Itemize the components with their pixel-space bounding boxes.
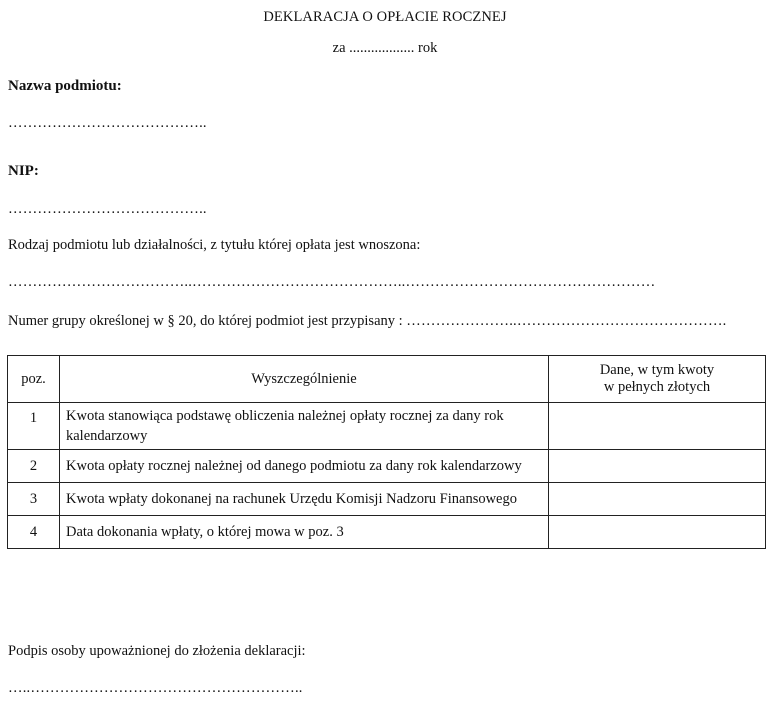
group-number-line: Numer grupy określonej w § 20, do której… [8,313,726,330]
nip-label: NIP: [8,163,39,180]
row-poz: 1 [8,403,60,450]
table-row: 3 Kwota wpłaty dokonanej na rachunek Urz… [8,483,766,516]
row-value-cell[interactable] [549,450,766,483]
row-poz: 3 [8,483,60,516]
row-description: Data dokonania wpłaty, o której mowa w p… [60,516,549,549]
signature-field[interactable]: …..……………………………………………….. [8,680,303,697]
header-value-line2: w pełnych złotych [549,379,765,396]
entity-name-label: Nazwa podmiotu: [8,78,122,95]
header-value-line1: Dane, w tym kwoty [549,362,765,379]
row-value-cell[interactable] [549,403,766,450]
nip-field[interactable]: ………………………………….. [8,201,207,218]
row-description: Kwota stanowiąca podstawę obliczenia nal… [60,403,549,450]
row-description: Kwota wpłaty dokonanej na rachunek Urzęd… [60,483,549,516]
entity-name-field[interactable]: ………………………………….. [8,115,207,132]
document-title: DEKLARACJA O OPŁACIE ROCZNEJ [0,9,770,26]
row-poz: 4 [8,516,60,549]
table-row: 2 Kwota opłaty rocznej należnej od daneg… [8,450,766,483]
group-number-label: Numer grupy określonej w § 20, do której… [8,313,406,329]
row-value-cell[interactable] [549,483,766,516]
fee-table: poz. Wyszczególnienie Dane, w tym kwoty … [7,355,766,549]
year-field[interactable]: za .................. rok [0,40,770,57]
header-description: Wyszczególnienie [60,356,549,403]
row-value-cell[interactable] [549,516,766,549]
header-value: Dane, w tym kwoty w pełnych złotych [549,356,766,403]
entity-type-label: Rodzaj podmiotu lub działalności, z tytu… [8,237,420,254]
table-header-row: poz. Wyszczególnienie Dane, w tym kwoty … [8,356,766,403]
signature-label: Podpis osoby upoważnionej do złożenia de… [8,643,306,660]
table-row: 4 Data dokonania wpłaty, o której mowa w… [8,516,766,549]
header-poz: poz. [8,356,60,403]
table-row: 1 Kwota stanowiąca podstawę obliczenia n… [8,403,766,450]
row-description: Kwota opłaty rocznej należnej od danego … [60,450,549,483]
entity-type-field[interactable]: ………………………………..……………………………………..…………………………… [8,274,763,291]
group-number-field[interactable]: …………………..……………………………………. [406,313,726,329]
row-poz: 2 [8,450,60,483]
